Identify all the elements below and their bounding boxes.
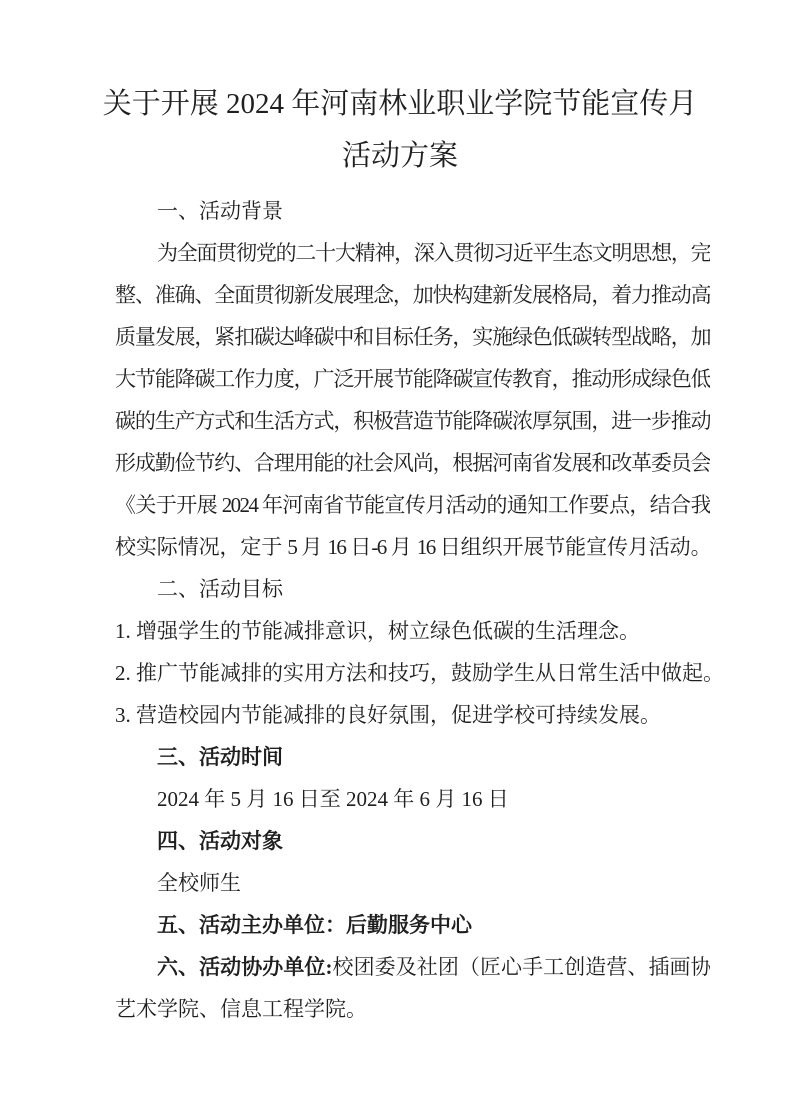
- document-title-line-2: 活动方案: [90, 130, 710, 182]
- section-5-heading: 五、活动主办单位：后勤服务中心: [115, 904, 710, 946]
- list-item-1: 1. 增强学生的节能减排意识，树立绿色低碳的生活理念。: [115, 610, 710, 652]
- section-3-heading: 三、活动时间: [115, 736, 710, 778]
- body-line: 《关于开展 2024 年河南省节能宣传月活动的通知工作要点，结合我: [115, 484, 710, 526]
- document-title-line-1: 关于开展 2024 年河南林业职业学院节能宣传月: [90, 78, 710, 130]
- list-item-2: 2. 推广节能减排的实用方法和技巧，鼓励学生从日常生活中做起。: [115, 652, 710, 694]
- body-line: 艺术学院、信息工程学院。: [115, 988, 710, 1030]
- list-item-3: 3. 营造校园内节能减排的良好氛围，促进学校可持续发展。: [115, 694, 710, 736]
- body-line: 碳的生产方式和生活方式，积极营造节能降碳浓厚氛围，进一步推动: [115, 400, 710, 442]
- body-line: 整、准确、全面贯彻新发展理念，加快构建新发展格局，着力推动高: [115, 274, 710, 316]
- body-line: 校实际情况，定于 5 月 16 日-6 月 16 日组织开展节能宣传月活动。: [115, 526, 710, 568]
- section-4-heading: 四、活动对象: [115, 820, 710, 862]
- section-1-heading: 一、活动背景: [115, 190, 710, 232]
- section-2-heading: 二、活动目标: [115, 568, 710, 610]
- document-title: 关于开展 2024 年河南林业职业学院节能宣传月 活动方案: [90, 78, 710, 182]
- section-6-label: 六、活动协办单位:: [157, 955, 331, 979]
- body-line: 质量发展，紧扣碳达峰碳中和目标任务，实施绿色低碳转型战略，加: [115, 316, 710, 358]
- activity-audience-value: 全校师生: [115, 862, 710, 904]
- document-body: 一、活动背景 为全面贯彻党的二十大精神，深入贯彻习近平生态文明思想，完 整、准确…: [115, 190, 710, 1030]
- activity-time-value: 2024 年 5 月 16 日至 2024 年 6 月 16 日: [115, 778, 710, 820]
- body-line: 为全面贯彻党的二十大精神，深入贯彻习近平生态文明思想，完: [115, 232, 710, 274]
- section-6-heading: 六、活动协办单位:校团委及社团（匠心手工创造营、插画协会）、: [115, 946, 710, 988]
- document-page: 关于开展 2024 年河南林业职业学院节能宣传月 活动方案 一、活动背景 为全面…: [0, 0, 794, 1108]
- body-line: 大节能降碳工作力度，广泛开展节能降碳宣传教育，推动形成绿色低: [115, 358, 710, 400]
- body-line: 形成勤俭节约、合理用能的社会风尚，根据河南省发展和改革委员会: [115, 442, 710, 484]
